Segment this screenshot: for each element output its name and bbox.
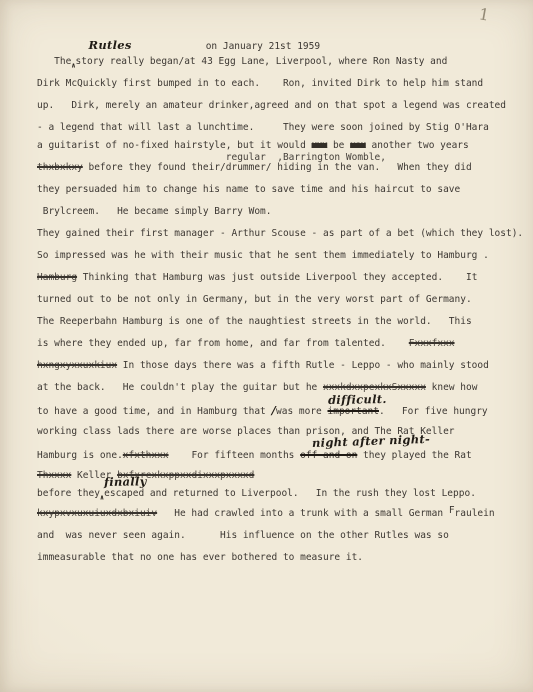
struck-out-text: hxngxyxxuxkiux — [37, 360, 117, 371]
struck-out-text: Fxxxfxxx — [409, 338, 455, 349]
typed-text: before they — [37, 488, 100, 499]
typed-text: turned out to be not only in Germany, bu… — [37, 294, 472, 305]
typed-text: Thinking that Hamburg was just outside L… — [77, 272, 477, 283]
typescript-line: thxbxkxy before they found their/regular… — [37, 157, 523, 179]
typescript-line: Dirk McQuickly first bumped in to each. … — [37, 73, 523, 95]
typed-text: In those days there was a fifth Rutle - … — [117, 360, 489, 371]
typescript-line: hxngxyxxuxkiux In those days there was a… — [37, 355, 523, 377]
typed-text: another two years — [366, 140, 469, 151]
typed-text: at the back. He couldn't play the guitar… — [37, 382, 323, 393]
typed-text: The — [37, 56, 71, 67]
typescript-line: and was never seen again. His influence … — [37, 525, 523, 547]
typescript-line: they persuaded him to change his name to… — [37, 179, 523, 201]
typescript-line: immeasurable that no one has ever bother… — [37, 547, 523, 569]
typed-text: story really began/at 43 Egg Lane, Liver… — [76, 56, 448, 67]
typed-text: be — [327, 140, 350, 151]
typed-text: . For five hungry — [379, 406, 488, 417]
typed-text: before they found their/ — [83, 162, 226, 173]
typescript-line: working class lads there are worse place… — [37, 421, 523, 443]
typed-text: For fifteen months — [169, 450, 301, 461]
typed-text: is where they ended up, far from home, a… — [37, 338, 409, 349]
typewritten-page: 1 Rutles on January 21st 1959 The∧story … — [0, 0, 533, 692]
typed-text: Hamburg is one. — [37, 450, 123, 461]
typed-text: escaped and returned to Liverpool. In th… — [104, 488, 476, 499]
struck-out-text: xfxthxxx — [123, 450, 169, 461]
typescript-line: turned out to be not only in Germany, bu… — [37, 289, 523, 311]
typescript-line: The Reeperbahn Hamburg is one of the nau… — [37, 311, 523, 333]
typed-text: - a legend that will last a lunchtime. T… — [37, 122, 489, 133]
pencil-page-number: 1 — [477, 4, 490, 24]
typescript-line: Hamburg is one.xfxthxxx For fifteen mont… — [37, 443, 523, 465]
typescript-line: So impressed was he with their music tha… — [37, 245, 523, 267]
typed-text: They gained their first manager - Arthur… — [37, 228, 523, 239]
typed-text: F — [449, 505, 455, 516]
typescript-body: Rutles on January 21st 1959 The∧story re… — [37, 34, 523, 569]
typed-text: drummer/ hiding in the van. When they di… — [226, 162, 472, 173]
typescript-line: kxypxvxuxuiuxdxbxiuiv He had crawled int… — [37, 503, 523, 525]
typescript-line: to have a good time, and in Hamburg that… — [37, 399, 523, 421]
typed-text: they persuaded him to change his name to… — [37, 184, 460, 195]
struck-out-text: xxx — [312, 140, 328, 151]
typed-text: they played the Rat — [357, 450, 471, 461]
struck-out-text: off and on — [300, 450, 357, 461]
typescript-line: The∧story really began/at 43 Egg Lane, L… — [37, 51, 523, 73]
typed-text: So impressed was he with their music tha… — [37, 250, 489, 261]
typed-text: immeasurable that no one has ever bother… — [37, 552, 363, 563]
typed-text: He had crawled into a trunk with a small… — [157, 508, 449, 519]
typed-text: up. Dirk, merely an amateur drinker,agre… — [37, 100, 506, 111]
typed-text: Dirk McQuickly first bumped in to each. … — [37, 78, 483, 89]
typescript-line: is where they ended up, far from home, a… — [37, 333, 523, 355]
struck-out-text: xax — [350, 140, 366, 151]
typescript-line: before they∧finallyescaped and returned … — [37, 481, 523, 503]
typed-text: was more — [276, 406, 327, 417]
typed-text: a guitarist of no-fixed hairstyle, but i… — [37, 140, 312, 151]
typescript-line: Brylcreem. He became simply Barry Wom. — [37, 201, 523, 223]
struck-out-text: thxbxkxy — [37, 162, 83, 173]
typescript-line: They gained their first manager - Arthur… — [37, 223, 523, 245]
typed-text: and was never seen again. His influence … — [37, 530, 449, 541]
struck-out-text: kxypxvxuxuiuxdxbxiuiv — [37, 508, 157, 519]
typescript-line: at the back. He couldn't play the guitar… — [37, 377, 523, 399]
typescript-line: Hamburg Thinking that Hamburg was just o… — [37, 267, 523, 289]
struck-out-text: Thxxxx — [37, 470, 71, 481]
struck-out-text: Hamburg — [37, 272, 77, 283]
typed-text: knew how — [426, 382, 477, 393]
typed-text: raulein — [455, 508, 495, 519]
typescript-line: up. Dirk, merely an amateur drinker,agre… — [37, 95, 523, 117]
struck-out-text: important — [328, 406, 379, 417]
typed-text: The Reeperbahn Hamburg is one of the nau… — [37, 316, 472, 327]
typed-text: to have a good time, and in Hamburg that — [37, 406, 272, 417]
typed-text: Brylcreem. He became simply Barry Wom. — [37, 206, 272, 217]
